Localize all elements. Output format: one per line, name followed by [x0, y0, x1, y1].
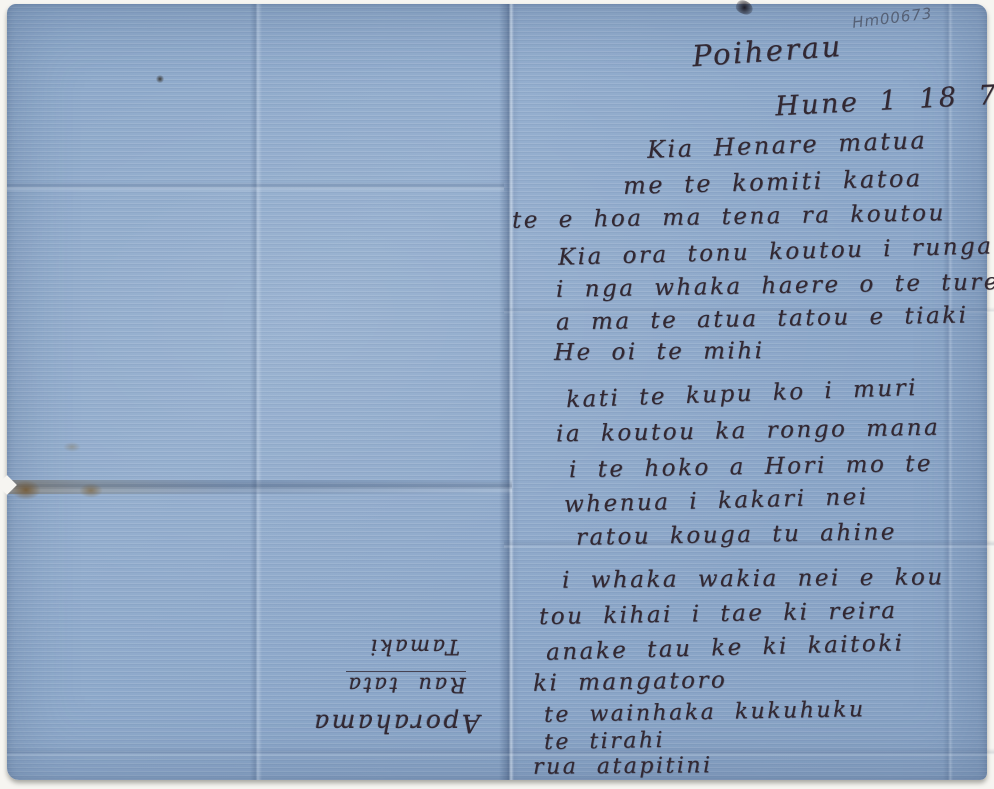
signature-name-underlined: Rau tata — [346, 671, 466, 695]
scanned-letter: Hm00673 Poiherau Hune 1 18 74 Kia Henare… — [0, 0, 994, 789]
paper-stain — [63, 442, 81, 452]
letter-paper: Hm00673 Poiherau Hune 1 18 74 Kia Henare… — [7, 4, 987, 780]
letter-line: a ma te atua tatou e tiaki — [556, 304, 969, 334]
letter-line: ratou kouga tu ahine — [576, 521, 897, 550]
horizontal-crease — [7, 182, 504, 192]
horizontal-crease — [7, 748, 994, 757]
letter-line: He oi te mihi — [554, 340, 765, 365]
letter-place: Poiherau — [691, 32, 843, 71]
ink-blot — [734, 0, 755, 17]
catalog-annotation: Hm00673 — [851, 4, 933, 32]
right-fold-crease — [943, 4, 953, 780]
letter-line: i te hoko a Hori mo te — [569, 453, 933, 482]
left-fold-crease — [250, 4, 262, 780]
letter-line: ki mangatoro — [533, 669, 728, 695]
letter-line: ia koutou ka rongo mana — [556, 417, 941, 447]
letter-line: tou kihai i tae ki reira — [539, 600, 898, 629]
letter-line: te tirahi — [544, 730, 665, 754]
letter-line: te e hoa ma tena ra koutou — [512, 202, 946, 233]
letter-line: kati te kupu ko i muri — [566, 377, 919, 412]
signature-place: Tamaki — [295, 636, 460, 657]
letter-line: Kia Henare matua — [647, 128, 928, 162]
horizontal-crease-stained — [7, 480, 512, 494]
paper-speck — [156, 75, 164, 83]
letter-line: te wainhaka kukuhuku — [544, 699, 866, 727]
letter-line: anake tau ke ki kaitoki — [546, 632, 905, 664]
letter-date: Hune 1 18 74 — [774, 81, 994, 121]
letter-line: i nga whaka haere o te ture — [556, 271, 994, 302]
letter-line: whenua i kakari nei — [564, 486, 869, 517]
signature-name: Aporahama — [295, 711, 480, 736]
letter-line: i whaka wakia nei e kou — [562, 566, 945, 592]
letter-line: rua atapitini — [533, 755, 713, 779]
center-fold-crease — [499, 4, 519, 780]
letter-line: Kia ora tonu koutou i runga — [558, 235, 994, 269]
letter-line: me te komiti katoa — [623, 166, 923, 198]
signature-block-rotated: Aporahama Rau tata Tamaki — [295, 576, 480, 736]
